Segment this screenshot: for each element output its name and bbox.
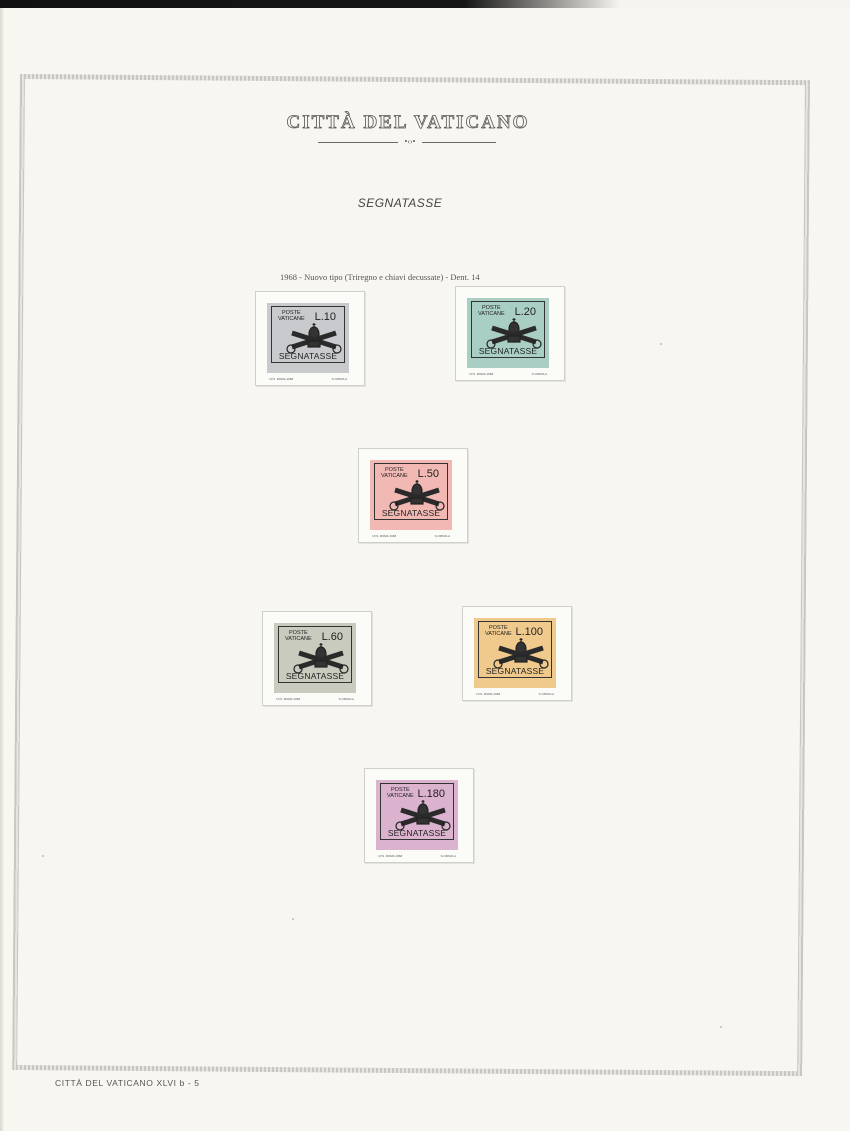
issue-caption: 1968 - Nuovo tipo (Triregno e chiavi dec…: [280, 272, 580, 282]
stamp-imprint: I.P.S. ROMA 1968 S.ORSOLA: [378, 854, 456, 858]
stamp-frame: POSTE VATICANE L.180: [380, 783, 454, 840]
stamp: POSTE VATICANE L.180: [372, 776, 462, 854]
page-border-frame: [12, 74, 810, 1076]
stamp-inscription: SEGNATASSE: [272, 351, 344, 361]
stamp-face: POSTE VATICANE L.60: [274, 623, 356, 693]
stamp: POSTE VATICANE L.50: [366, 456, 456, 534]
tiara-and-keys-icon: [286, 321, 342, 355]
stamp-inscription: SEGNATASSE: [472, 346, 544, 356]
stamp-frame: POSTE VATICANE L.60: [278, 626, 352, 683]
stamp-inscription: SEGNATASSE: [381, 828, 453, 838]
stamp-imprint: I.P.S. ROMA 1968 S.ORSOLA: [476, 692, 554, 696]
stamp-mount-l50[interactable]: POSTE VATICANE L.50: [358, 448, 468, 543]
section-title: SEGNATASSE: [330, 196, 470, 210]
stamp-frame: POSTE VATICANE L.10: [271, 306, 345, 363]
stamp-face: POSTE VATICANE L.10: [267, 303, 349, 373]
stamp-mount-l100[interactable]: POSTE VATICANE L.100: [462, 606, 572, 701]
paper-speck: [42, 855, 44, 857]
page-footer: CITTÀ DEL VATICANO XLVI b - 5: [55, 1078, 200, 1088]
stamp: POSTE VATICANE L.20: [463, 294, 553, 372]
ornament-icon: •‹›•: [398, 137, 422, 147]
stamp-face: POSTE VATICANE L.50: [370, 460, 452, 530]
stamp-mount-l20[interactable]: POSTE VATICANE L.20: [455, 286, 565, 381]
tiara-and-keys-icon: [395, 798, 451, 832]
stamp-inscription: SEGNATASSE: [479, 666, 551, 676]
stamp-imprint: I.P.S. ROMA 1968 S.ORSOLA: [372, 534, 450, 538]
stamp-mount-l10[interactable]: POSTE VATICANE L.10: [255, 291, 365, 386]
stamp-face: POSTE VATICANE L.180: [376, 780, 458, 850]
stamp-imprint: I.P.S. ROMA 1968 S.ORSOLA: [276, 697, 354, 701]
stamp-frame: POSTE VATICANE L.50: [374, 463, 448, 520]
tiara-and-keys-icon: [293, 641, 349, 675]
stamp-inscription: SEGNATASSE: [279, 671, 351, 681]
stamp-imprint: I.P.S. ROMA 1968 S.ORSOLA: [469, 372, 547, 376]
page-title: CITTÀ DEL VATICANO: [236, 112, 580, 134]
stamp-mount-l180[interactable]: POSTE VATICANE L.180: [364, 768, 474, 863]
stamp-imprint: I.P.S. ROMA 1968 S.ORSOLA: [269, 377, 347, 381]
stamp: POSTE VATICANE L.10: [263, 299, 353, 377]
stamp-inscription: SEGNATASSE: [375, 508, 447, 518]
tiara-and-keys-icon: [493, 636, 549, 670]
scan-top-edge: [0, 0, 620, 8]
paper-speck: [660, 343, 662, 345]
stamp: POSTE VATICANE L.60: [270, 619, 360, 697]
stamp-frame: POSTE VATICANE L.100: [478, 621, 552, 678]
stamp-face: POSTE VATICANE L.20: [467, 298, 549, 368]
stamp-mount-l60[interactable]: POSTE VATICANE L.60: [262, 611, 372, 706]
stamp-frame: POSTE VATICANE L.20: [471, 301, 545, 358]
paper-speck: [292, 918, 294, 920]
paper-speck: [720, 1026, 722, 1028]
tiara-and-keys-icon: [389, 478, 445, 512]
stamp-face: POSTE VATICANE L.100: [474, 618, 556, 688]
stamp: POSTE VATICANE L.100: [470, 614, 560, 692]
tiara-and-keys-icon: [486, 316, 542, 350]
